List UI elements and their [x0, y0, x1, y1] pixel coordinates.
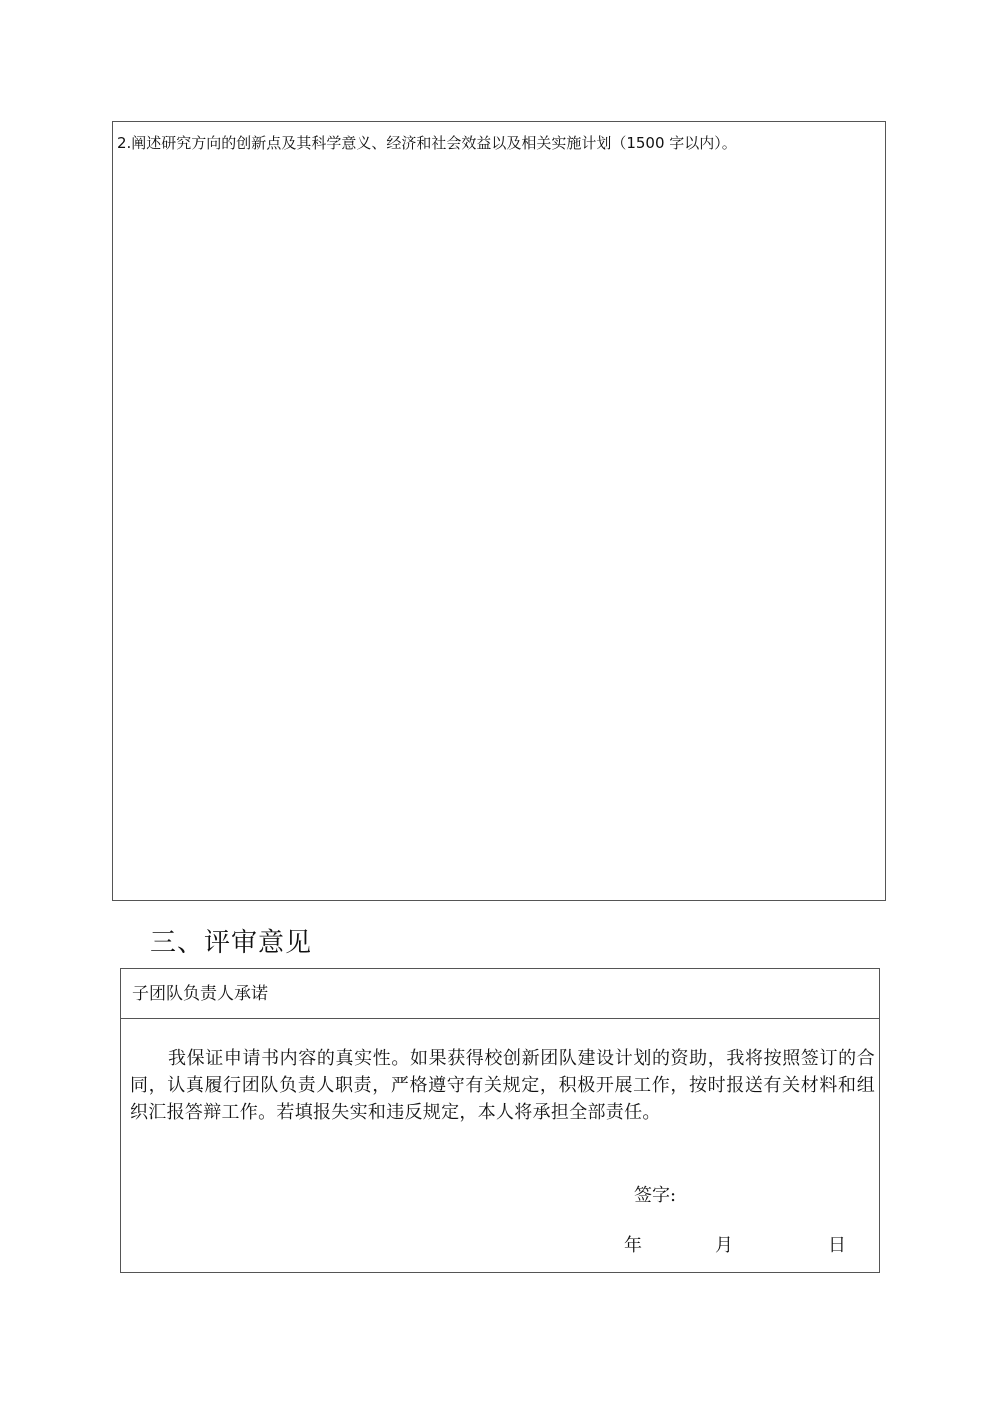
signature-label: 签字: [634, 1181, 676, 1207]
date-day-label: 日 [828, 1231, 846, 1257]
research-innovation-content-area[interactable] [117, 162, 881, 896]
pledge-box-header: 子团队负责人承诺 [121, 969, 879, 1019]
research-innovation-box: 2.阐述研究方向的创新点及其科学意义、经济和社会效益以及相关实施计划（1500 … [112, 121, 886, 901]
pledge-box: 子团队负责人承诺 我保证申请书内容的真实性。如果获得校创新团队建设计划的资助，我… [120, 968, 880, 1273]
research-innovation-prompt: 2.阐述研究方向的创新点及其科学意义、经济和社会效益以及相关实施计划（1500 … [117, 132, 737, 153]
section-heading-review-opinions: 三、评审意见 [150, 922, 312, 959]
pledge-box-title: 子团队负责人承诺 [132, 979, 268, 1004]
date-year-label: 年 [624, 1231, 642, 1257]
pledge-statement: 我保证申请书内容的真实性。如果获得校创新团队建设计划的资助，我将按照签订的合同，… [130, 1045, 875, 1126]
date-month-label: 月 [715, 1231, 733, 1257]
